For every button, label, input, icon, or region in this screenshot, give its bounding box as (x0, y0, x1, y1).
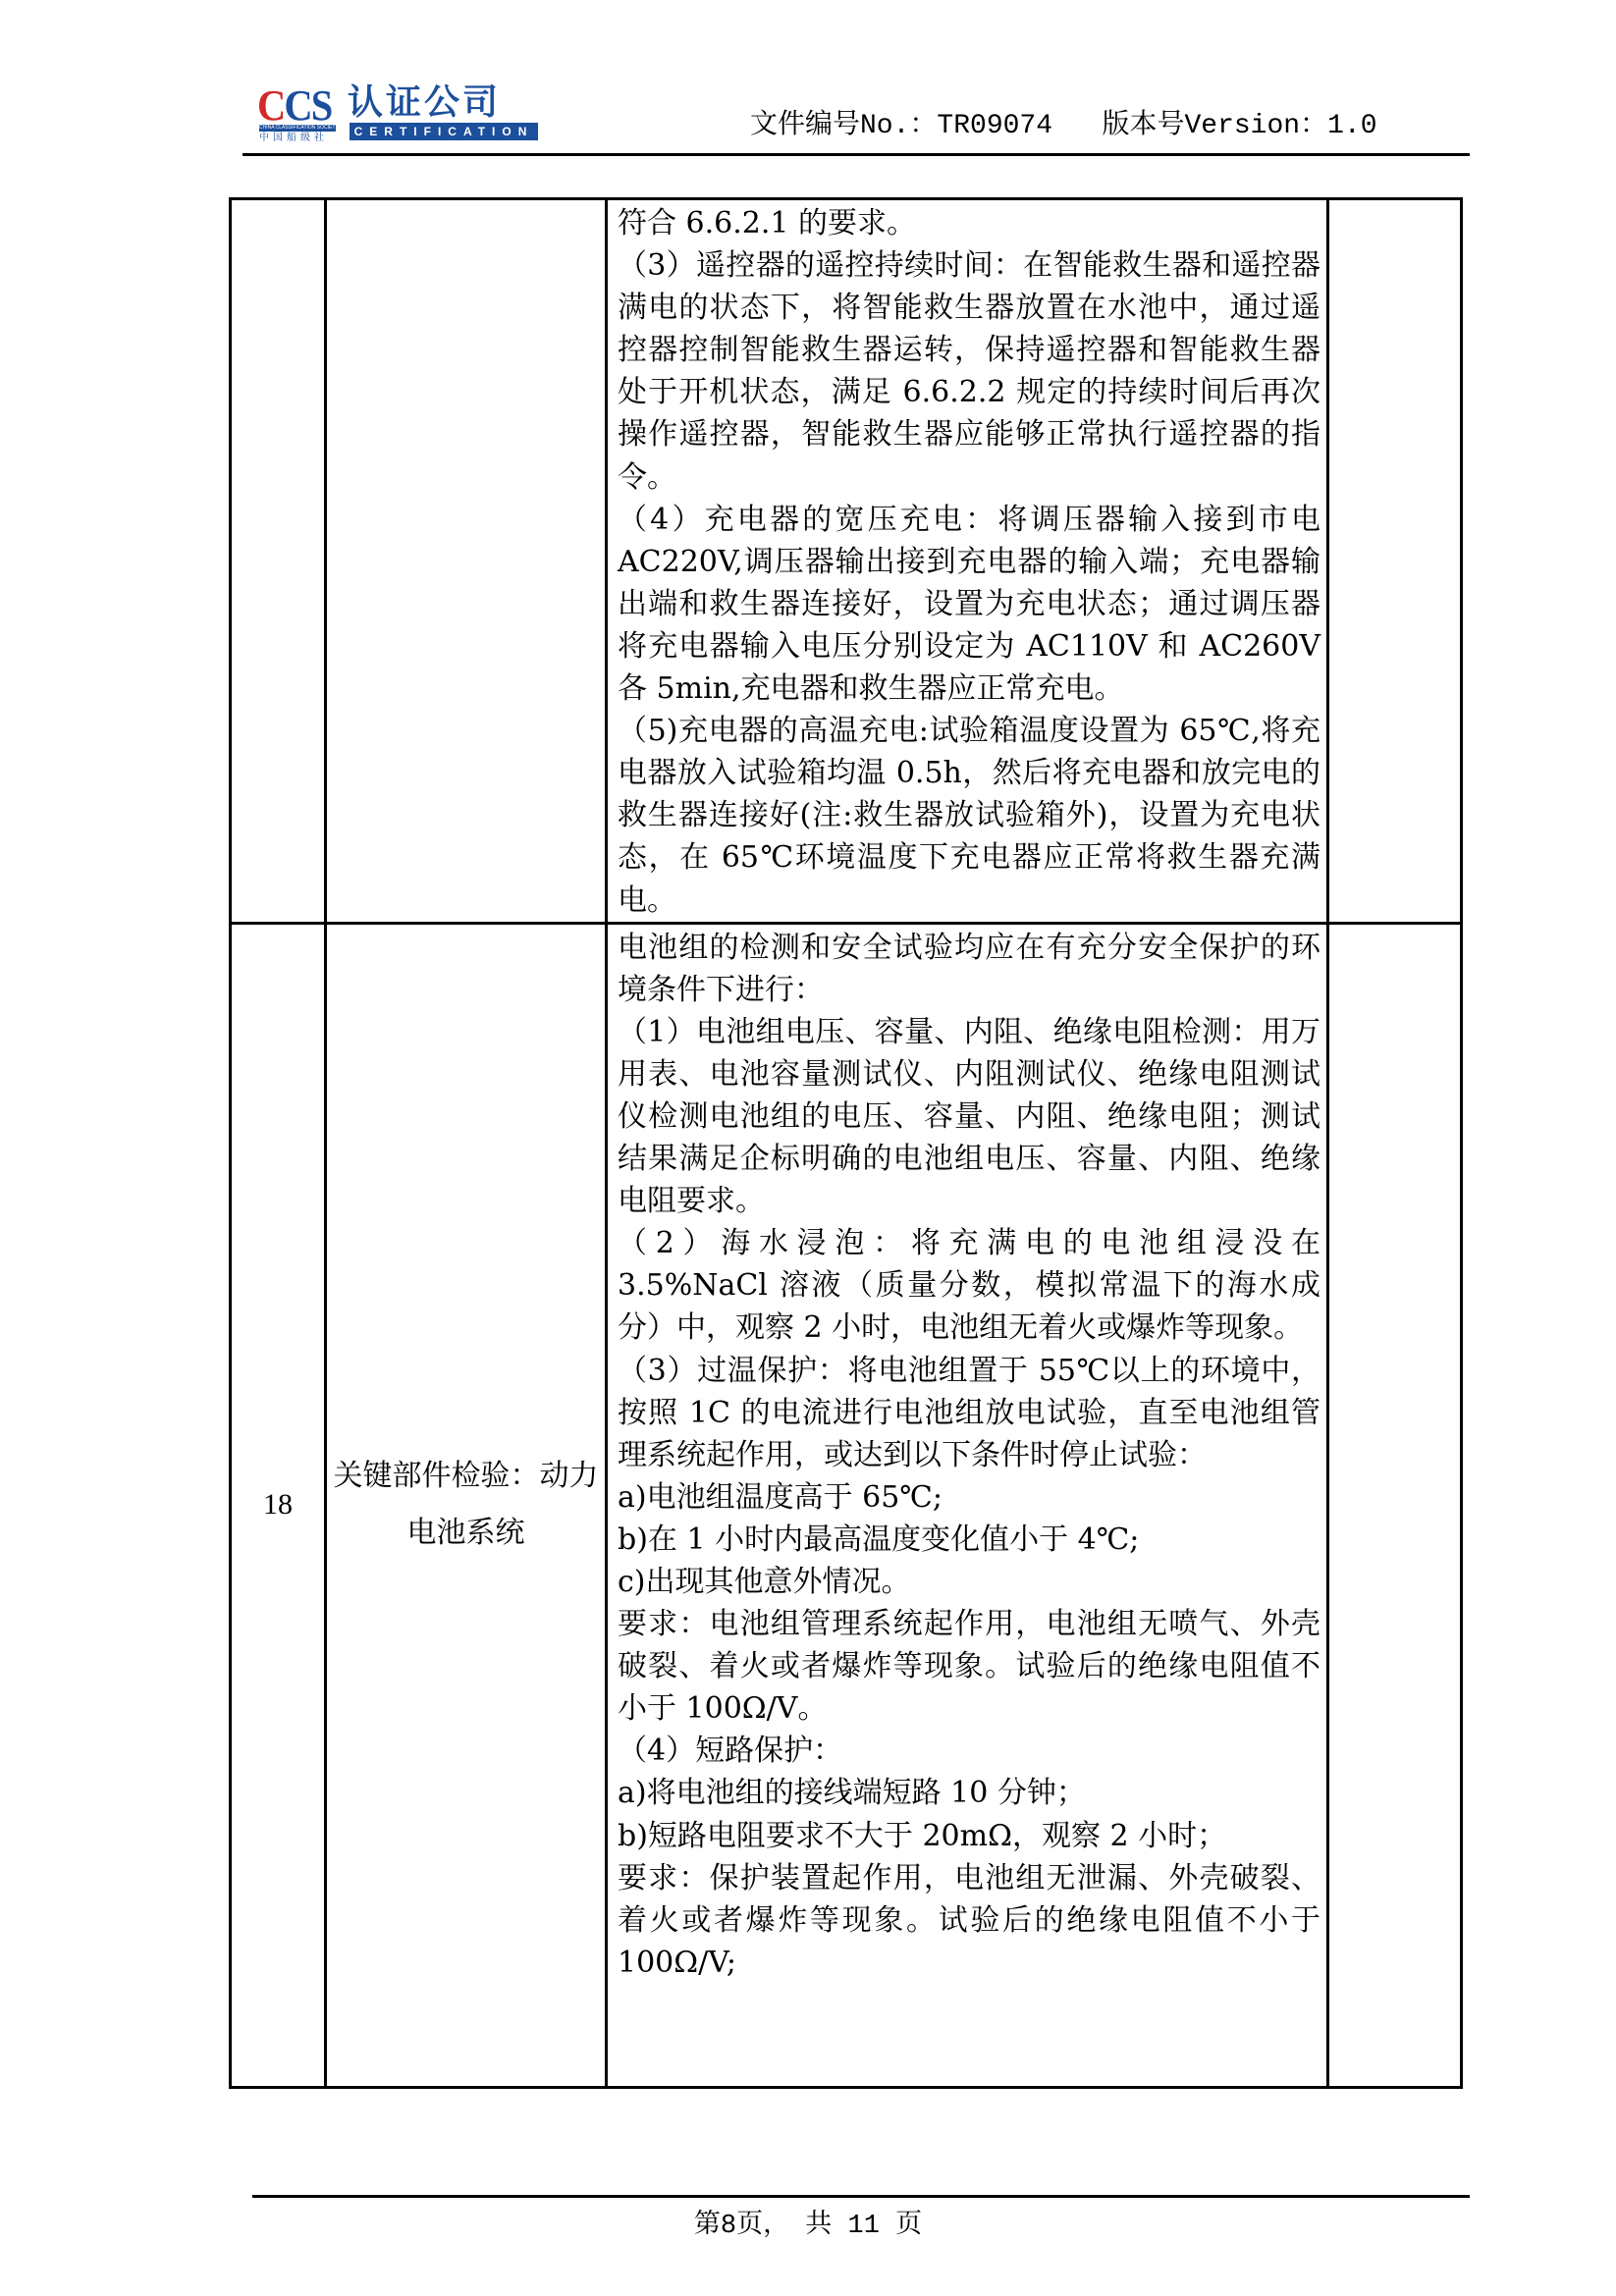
row-number (231, 199, 326, 924)
row-number: 18 (231, 923, 326, 2087)
content-paragraph: （1）电池组电压、容量、内阻、绝缘电阻检测：用万用表、电池容量测试仪、内阻测试仪… (618, 1011, 1320, 1222)
inspection-content: 电池组的检测和安全试验均应在有充分安全保护的环境条件下进行： （1）电池组电压、… (607, 923, 1328, 2087)
content-paragraph: （5)充电器的高温充电:试验箱温度设置为 65℃,将充电器放入试验箱均温 0.5… (618, 710, 1320, 921)
content-paragraph: a)电池组温度高于 65℃; (618, 1476, 1320, 1519)
content-paragraph: a)将电池组的接线端短路 10 分钟； (618, 1772, 1320, 1814)
certification-label: CERTIFICATION (350, 123, 538, 140)
inspection-content: 符合 6.6.2.1 的要求。 （3）遥控器的遥控持续时间：在智能救生器和遥控器… (607, 199, 1328, 924)
content-paragraph: b)在 1 小时内最高温度变化值小于 4℃; (618, 1519, 1320, 1561)
doc-number: TR09074 (937, 111, 1052, 141)
table-row: 符合 6.6.2.1 的要求。 （3）遥控器的遥控持续时间：在智能救生器和遥控器… (231, 199, 1462, 924)
inspection-item: 关键部件检验：动力电池系统 (326, 923, 607, 2087)
content-paragraph: （4）短路保护： (618, 1730, 1320, 1772)
content-paragraph: b)短路电阻要求不大于 20mΩ，观察 2 小时； (618, 1815, 1320, 1857)
inspection-table: 符合 6.6.2.1 的要求。 （3）遥控器的遥控持续时间：在智能救生器和遥控器… (229, 197, 1463, 2089)
content-paragraph: c)出现其他意外情况。 (618, 1561, 1320, 1603)
ccs-society-cn: 中国船级社 (259, 133, 328, 143)
footer-divider (252, 2195, 1470, 2198)
company-name-cn: 认证公司 (348, 84, 501, 122)
content-paragraph: 电池组的检测和安全试验均应在有充分安全保护的环境条件下进行： (618, 927, 1320, 1011)
document-meta: 文件编号No.：TR09074 版本号Version：1.0 (750, 110, 1377, 143)
ccs-society-en: CHINA CLASSIFICATION SOCIETY (259, 125, 336, 132)
doc-number-label: 文件编号No.： (750, 111, 937, 141)
content-paragraph: 符合 6.6.2.1 的要求。 (618, 202, 1320, 244)
inspection-item (326, 199, 607, 924)
page-number: 第8页， 共 11 页 (0, 2210, 1616, 2243)
content-paragraph: （3）遥控器的遥控持续时间：在智能救生器和遥控器满电的状态下，将智能救生器放置在… (618, 244, 1320, 499)
table-row: 18 关键部件检验：动力电池系统 电池组的检测和安全试验均应在有充分安全保护的环… (231, 923, 1462, 2087)
content-paragraph: （2）海水浸泡：将充满电的电池组浸没在 3.5%NaCl 溶液（质量分数，模拟常… (618, 1222, 1320, 1349)
version-number: 1.0 (1327, 111, 1376, 141)
content-paragraph: （4）充电器的宽压充电：将调压器输入接到市电 AC220V,调压器输出接到充电器… (618, 499, 1320, 710)
content-paragraph: 要求：电池组管理系统起作用，电池组无喷气、外壳破裂、着火或者爆炸等现象。试验后的… (618, 1603, 1320, 1730)
content-paragraph: 要求：保护装置起作用，电池组无泄漏、外壳破裂、着火或者爆炸等现象。试验后的绝缘电… (618, 1857, 1320, 1984)
header-divider (242, 153, 1470, 156)
ccs-logo-mark: CCS (257, 84, 331, 128)
content-paragraph: （3）过温保护：将电池组置于 55℃以上的环境中，按照 1C 的电流进行电池组放… (618, 1350, 1320, 1476)
remark-cell (1328, 199, 1462, 924)
remark-cell (1328, 923, 1462, 2087)
version-label: 版本号Version： (1102, 111, 1327, 141)
